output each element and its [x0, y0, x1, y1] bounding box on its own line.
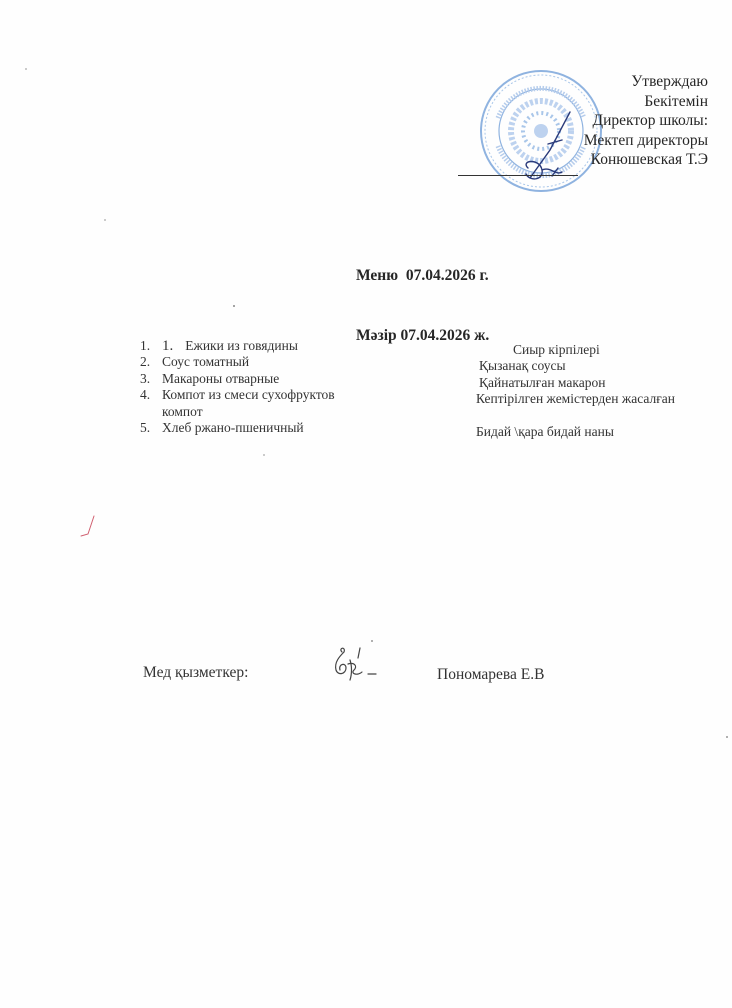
menu-item-text: Макароны отварные	[162, 371, 279, 387]
menu-item-text: Соус томатный	[162, 354, 249, 370]
menu-item-kz: Кептірілген жемістерден жасалған	[476, 391, 675, 407]
title-ru: Меню 07.04.2026 г.	[356, 266, 489, 286]
menu-item-text: Хлеб ржано-пшеничный	[162, 420, 304, 436]
approval-director-name: Конюшевская Т.Э	[584, 150, 708, 170]
menu-item-inner-number: 1.	[162, 338, 173, 354]
menu-item-text: Компот из смеси сухофруктов	[162, 387, 335, 403]
menu-item: 3. Макароны отварные	[140, 371, 335, 387]
approval-line-approve-ru: Утверждаю	[584, 72, 708, 92]
menu-item-number: 1.	[140, 338, 162, 354]
menu-item: 5. Хлеб ржано-пшеничный	[140, 420, 335, 436]
menu-item-kz: Бидай \қара бидай наны	[476, 424, 675, 440]
approval-line-director-kz: Мектеп директоры	[584, 131, 708, 151]
signature-line	[458, 175, 578, 176]
menu-item-kz: Сиыр кірпілері	[513, 342, 712, 358]
med-worker-label: Мед қызметкер:	[143, 664, 248, 682]
menu-item-number: 4.	[140, 387, 162, 403]
title-kz: Мәзір 07.04.2026 ж.	[356, 326, 489, 346]
menu-item-number: 2.	[140, 354, 162, 370]
scan-speck	[104, 219, 106, 221]
menu-item-text: Ежики из говядины	[185, 338, 298, 354]
menu-item-number: 5.	[140, 420, 162, 436]
document-title: Меню 07.04.2026 г. Мәзір 07.04.2026 ж.	[356, 226, 489, 386]
menu-item-kz: Қызанақ соусы	[479, 358, 678, 374]
scan-speck	[25, 68, 27, 70]
menu-list-ru: 1. 1. Ежики из говядины 2. Соус томатный…	[140, 338, 335, 436]
menu-item-kz: Қайнатылған макарон	[479, 375, 678, 391]
document-page: Утверждаю Бекітемін Директор школы: Мект…	[0, 0, 732, 1008]
scan-speck	[233, 305, 235, 307]
menu-item-kz-spacer	[480, 408, 679, 424]
scan-speck	[726, 736, 728, 738]
scan-speck	[371, 640, 373, 642]
menu-item-text: компот	[162, 404, 203, 420]
menu-item: 4. Компот из смеси сухофруктов	[140, 387, 335, 403]
med-worker-name: Пономарева Е.В	[437, 666, 544, 684]
menu-item-continuation: компот	[140, 404, 335, 420]
menu-list-kz: Сиыр кірпілері Қызанақ соусы Қайнатылған…	[480, 342, 679, 440]
approval-line-director-ru: Директор школы:	[584, 111, 708, 131]
menu-item: 2. Соус томатный	[140, 354, 335, 370]
med-worker-signature-icon	[328, 644, 384, 686]
approval-line-approve-kz: Бекітемін	[584, 92, 708, 112]
director-signature-icon	[500, 110, 590, 185]
pen-mark-icon	[78, 514, 98, 540]
scan-speck	[263, 454, 265, 456]
menu-item: 1. 1. Ежики из говядины	[140, 338, 335, 354]
approval-block: Утверждаю Бекітемін Директор школы: Мект…	[584, 72, 708, 170]
menu-item-number: 3.	[140, 371, 162, 387]
